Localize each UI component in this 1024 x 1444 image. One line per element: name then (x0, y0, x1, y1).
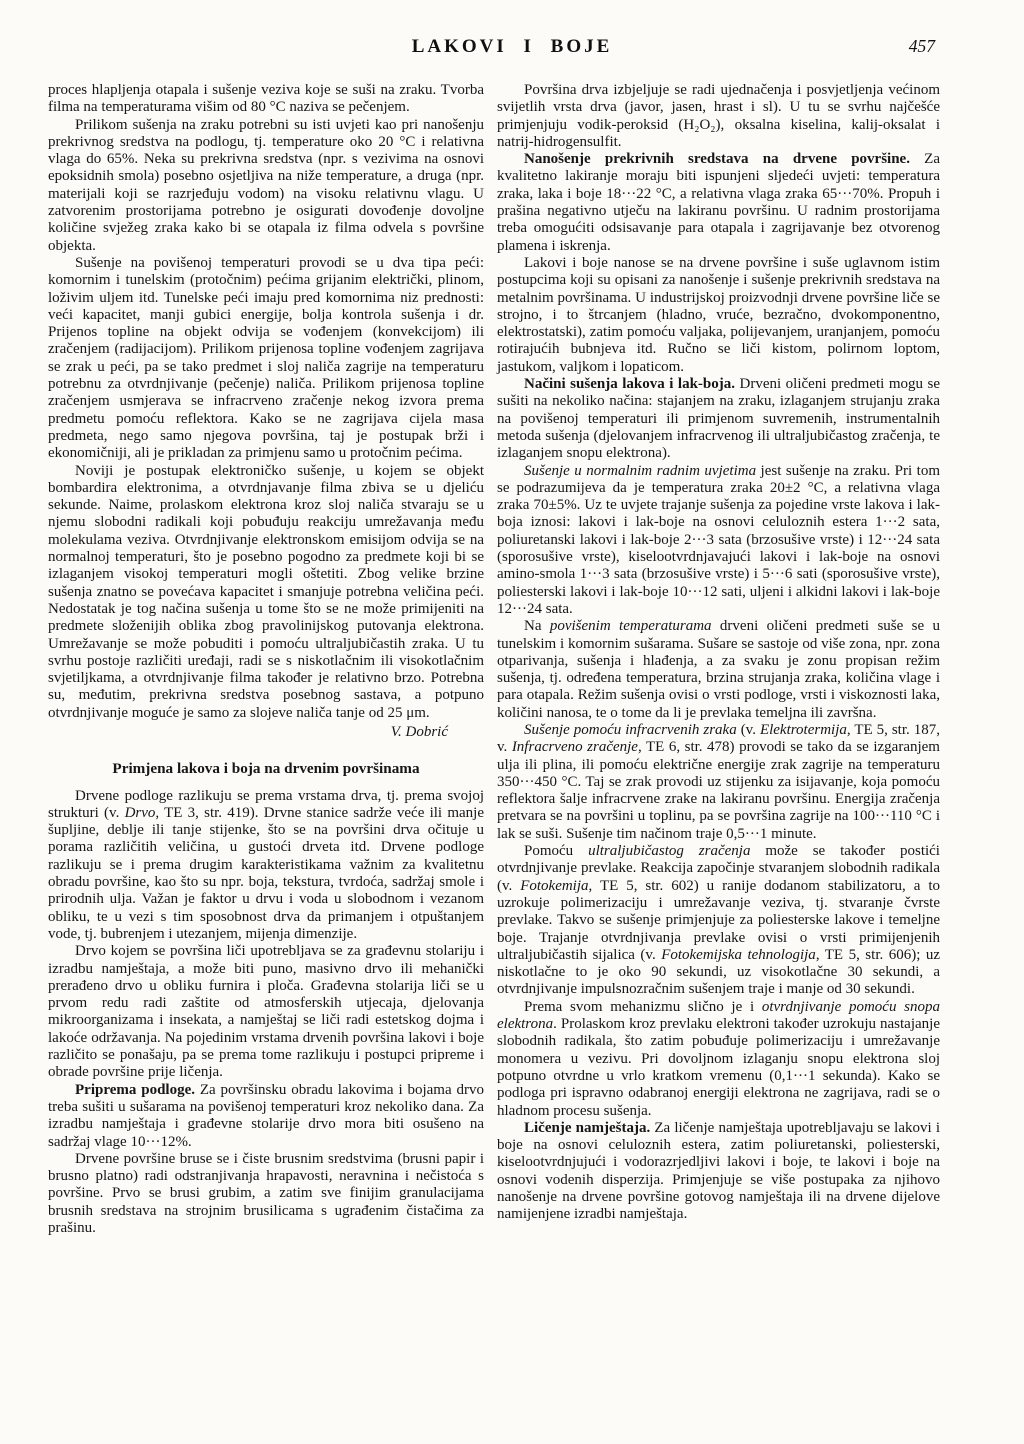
left-column: proces hlapljenja otapala i sušenje vezi… (48, 82, 484, 1237)
paragraph: Površina drva izbjeljuje se radi ujednač… (497, 82, 940, 151)
text-run: jest sušenje na zraku. Pri tom se podraz… (497, 463, 940, 617)
text-run: Elektrotermija (760, 722, 847, 738)
text-run: Prilikom sušenja na zraku potrebni su is… (48, 117, 484, 254)
paragraph: Sušenje na povišenoj temperaturi provodi… (48, 255, 484, 463)
text-run: Ličenje namještaja. (524, 1120, 650, 1136)
text-run: Lakovi i boje nanose se na drvene površi… (497, 255, 940, 375)
text-run: Noviji je postupak elektroničko sušenje,… (48, 463, 484, 721)
text-run: Drvo (125, 805, 156, 821)
paragraph: Drvo kojem se površina liči upotrebljava… (48, 943, 484, 1081)
text-run: Prema svom mehanizmu slično je i (524, 999, 762, 1015)
paragraph: proces hlapljenja otapala i sušenje vezi… (48, 82, 484, 117)
text-run: povišenim temperaturama (550, 618, 712, 634)
text-run: Infracrveno zračenje (512, 739, 638, 755)
section-heading: Primjena lakova i boja na drvenim površi… (48, 760, 484, 777)
text-run: Na (524, 618, 550, 634)
paragraph: Drvene površine bruse se i čiste brusnim… (48, 1151, 484, 1237)
paragraph: Na povišenim temperaturama drveni oličen… (497, 618, 940, 722)
paragraph: Pomoću ultraljubičastog zračenja može se… (497, 843, 940, 999)
paragraph: Sušenje pomoću infracrvenih zraka (v. El… (497, 722, 940, 843)
paragraph: Priprema podloge. Za površinsku obradu l… (48, 1082, 484, 1151)
page-title: LAKOVI I BOJE (0, 36, 1024, 58)
book-page: LAKOVI I BOJE 457 proces hlapljenja otap… (0, 0, 1024, 1444)
paragraph: Ličenje namještaja. Za ličenje namještaj… (497, 1120, 940, 1224)
text-run: . Prolaskom kroz prevlaku elektroni tako… (497, 1016, 940, 1118)
text-run: Drvene površine bruse se i čiste brusnim… (48, 1151, 484, 1236)
text-run: Drvo kojem se površina liči upotrebljava… (48, 943, 484, 1080)
paragraph: Prilikom sušenja na zraku potrebni su is… (48, 117, 484, 255)
text-run: Sušenje pomoću infracrvenih zraka (524, 722, 737, 738)
text-run: Sušenje u normalnim radnim uvjetima (524, 463, 756, 479)
text-run: ultraljubičastog zračenja (588, 843, 750, 859)
paragraph: Lakovi i boje nanose se na drvene površi… (497, 255, 940, 376)
text-run: Načini sušenja lakova i lak-boja. (524, 376, 735, 392)
paragraph: Drvene podloge razlikuju se prema vrstam… (48, 788, 484, 944)
paragraph: Načini sušenja lakova i lak-boja. Drveni… (497, 376, 940, 462)
text-run: (v. (737, 722, 760, 738)
author-signature: V. Dobrić (48, 724, 448, 741)
text-run: Fotokemijska tehnologija (661, 947, 816, 963)
paragraph: Noviji je postupak elektroničko sušenje,… (48, 463, 484, 722)
paragraph: Sušenje u normalnim radnim uvjetima jest… (497, 463, 940, 619)
text-run: proces hlapljenja otapala i sušenje vezi… (48, 82, 484, 115)
text-run: , TE 3, str. 419). Drvne stanice sadrže … (48, 805, 484, 942)
paragraph: Nanošenje prekrivnih sredstava na drvene… (497, 151, 940, 255)
text-run: Pomoću (524, 843, 588, 859)
text-run: Sušenje na povišenoj temperaturi provodi… (48, 255, 484, 461)
text-run: Fotokemija (520, 878, 588, 894)
right-column: Površina drva izbjeljuje se radi ujednač… (497, 82, 940, 1224)
text-run: Površina drva izbjeljuje se radi ujednač… (497, 82, 940, 150)
paragraph: Prema svom mehanizmu slično je i otvrdnj… (497, 999, 940, 1120)
page-number: 457 (909, 36, 935, 57)
running-head: LAKOVI I BOJE 457 (0, 36, 1024, 64)
text-run: Nanošenje prekrivnih sredstava na drvene… (524, 151, 910, 167)
text-run: Priprema podloge. (75, 1082, 195, 1098)
